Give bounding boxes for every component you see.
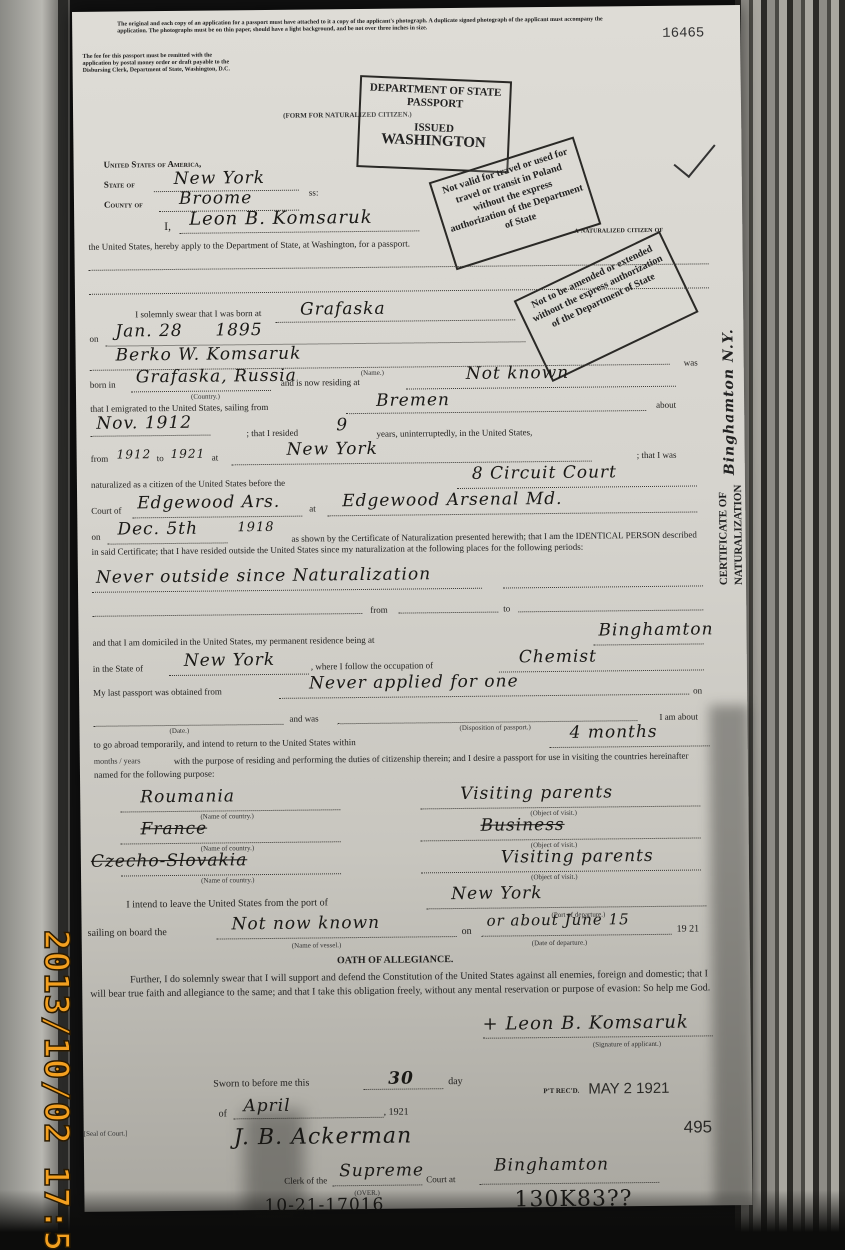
photo-timestamp: 2013/10/02 17:5 xyxy=(36,930,76,1250)
occupation: Chemist xyxy=(519,647,597,668)
court-at-label: Court at xyxy=(426,1174,455,1184)
about-label: about xyxy=(656,400,676,410)
country-caption: (Name of country.) xyxy=(201,876,254,885)
passport-application-page: The original and each copy of an applica… xyxy=(72,5,753,1212)
vessel-name: Not now known xyxy=(231,913,380,935)
seal-caption: [Seal of Court.] xyxy=(84,1129,128,1137)
vessel-caption: (Name of vessel.) xyxy=(292,941,342,950)
margin-signature: Binghamton N.Y. xyxy=(720,328,738,475)
from-year: 1912 xyxy=(117,447,152,461)
and-was-label: and was xyxy=(289,713,318,723)
from-label: from xyxy=(91,454,109,464)
departure-year: 19 21 xyxy=(677,923,700,934)
received-label: P'T REC'D. xyxy=(543,1087,579,1095)
visit-object: Visiting parents xyxy=(460,782,613,804)
sworn-day: 30 xyxy=(388,1068,414,1088)
last-passport: Never applied for one xyxy=(309,671,519,693)
margin-certificate-line1: CERTIFICATE OF xyxy=(717,492,730,585)
ss-label: ss: xyxy=(309,187,319,197)
countries-table: Roumania Visiting parents (Name of count… xyxy=(72,5,740,12)
visit-object: Business xyxy=(480,815,564,836)
emigration-date: Nov. 1912 xyxy=(96,413,192,434)
departure-date-caption: (Date of departure.) xyxy=(532,939,587,948)
state-label: State of xyxy=(104,179,135,189)
country-name: France xyxy=(140,819,207,840)
sworn-text: Sworn to before me this xyxy=(213,1078,309,1090)
years-resided: 9 xyxy=(336,415,348,435)
at-label: at xyxy=(212,452,219,462)
years-text: years, uninterruptedly, in the United St… xyxy=(376,427,532,439)
applicant-name: Leon B. Komsaruk xyxy=(189,207,373,230)
bottom-shadow xyxy=(0,1190,845,1250)
birthplace: Grafaska xyxy=(300,299,386,320)
stamp-line: WASHINGTON xyxy=(363,132,503,151)
occupation-text: , where I follow the occupation of xyxy=(311,660,433,671)
clerk-court-city: Binghamton xyxy=(494,1154,609,1175)
residence-state: New York xyxy=(184,650,276,671)
court-county: Edgewood Ars. xyxy=(137,492,280,513)
departure-date: or about June 15 xyxy=(486,910,629,929)
passport-issued-stamp: DEPARTMENT OF STATE PASSPORT ISSUED WASH… xyxy=(356,75,512,173)
last-passport-text: My last passport was obtained from xyxy=(93,686,222,697)
father-birthplace: Grafaska, Russia xyxy=(136,366,297,388)
was-text: ; that I was xyxy=(637,450,677,460)
born-in-label: born in xyxy=(90,380,116,390)
day-label: day xyxy=(448,1076,463,1087)
about-text: I am about xyxy=(659,711,698,721)
residing-label: and is now residing at xyxy=(281,377,360,388)
form-number: 495 xyxy=(684,1117,713,1137)
father-was-label: was xyxy=(684,357,698,367)
month-of-label: of xyxy=(218,1108,226,1119)
margin-certificate-line2: NATURALIZATION xyxy=(732,485,745,586)
signature-caption: (Signature of applicant.) xyxy=(593,1040,661,1049)
name-caption: (Name.) xyxy=(361,369,384,377)
residence-city: Binghamton xyxy=(598,619,713,640)
resided-text: ; that I resided xyxy=(246,428,298,439)
country-name: Czecho-Slovakia xyxy=(91,850,248,872)
header-fine-print: The original and each copy of an applica… xyxy=(117,16,617,35)
visit-object: Visiting parents xyxy=(501,846,654,868)
serial-number: 16465 xyxy=(662,25,704,41)
i-label: I, xyxy=(164,221,171,233)
amendment-restriction-stamp: Not to be amended or extended without th… xyxy=(514,231,699,382)
birth-year: 1895 xyxy=(215,320,262,340)
date-caption: (Date.) xyxy=(169,727,189,735)
from2-label: from xyxy=(370,605,388,615)
father-residence: Not known xyxy=(466,363,570,384)
county-label: County of xyxy=(104,199,143,209)
applicant-signature: + Leon B. Komsaruk xyxy=(483,1012,689,1035)
father-name: Berko W. Komsaruk xyxy=(115,344,301,366)
departure-on-label: on xyxy=(462,926,472,937)
birth-date: Jan. 28 xyxy=(115,321,183,342)
court-location: Edgewood Arsenal Md. xyxy=(342,489,563,511)
sworn-year: , 1921 xyxy=(383,1107,408,1118)
sailing-text: sailing on board the xyxy=(88,927,167,939)
shadow-right xyxy=(709,705,754,1205)
leave-text: I intend to leave the United States from… xyxy=(126,897,328,910)
born-sworn-text: I solemnly swear that I was born at xyxy=(135,308,261,319)
domicile-text: and that I am domiciled in the United St… xyxy=(93,635,375,648)
to-year: 1921 xyxy=(171,447,206,461)
state-value: New York xyxy=(174,168,266,189)
country-caption: (Country.) xyxy=(191,392,220,400)
fee-side-note: The fee for this passport must be remitt… xyxy=(82,52,232,75)
to2-label: to xyxy=(503,603,510,613)
country-name: Roumania xyxy=(140,786,235,807)
apply-text: the United States, hereby apply to the D… xyxy=(88,238,410,251)
object-caption: (Object of visit.) xyxy=(531,873,578,881)
domicile-state-label: in the State of xyxy=(93,663,143,674)
return-within: 4 months xyxy=(569,722,657,743)
disposition-caption: (Disposition of passport.) xyxy=(459,723,530,732)
to-label: to xyxy=(157,453,164,463)
checkmark-icon xyxy=(673,133,715,178)
periods-outside: Never outside since Naturalization xyxy=(96,564,431,588)
court-of-label: Court of xyxy=(91,506,121,516)
sailed-from: Bremen xyxy=(376,390,450,411)
naturalized-text: naturalized as a citizen of the United S… xyxy=(91,478,285,490)
passport-on-label: on xyxy=(693,685,702,695)
resided-at: New York xyxy=(286,439,378,460)
country-caption: (Name of country.) xyxy=(200,812,253,821)
county-value: Broome xyxy=(179,188,252,209)
oath-title: OATH OF ALLEGIANCE. xyxy=(337,954,454,966)
purpose-text: with the purpose of residing and perform… xyxy=(94,749,709,781)
citizen-of-text: a naturalized citizen of xyxy=(574,224,663,235)
abroad-text: to go abroad temporarily, and intend to … xyxy=(94,737,356,750)
birth-on-label: on xyxy=(89,334,98,344)
oath-text: Further, I do solemnly swear that I will… xyxy=(90,967,715,1002)
court-at-label: at xyxy=(309,503,316,513)
court-name: 8 Circuit Court xyxy=(472,462,617,484)
departure-port: New York xyxy=(451,883,543,904)
received-date: MAY 2 1921 xyxy=(588,1080,669,1098)
clerk-court: Supreme xyxy=(339,1160,424,1181)
